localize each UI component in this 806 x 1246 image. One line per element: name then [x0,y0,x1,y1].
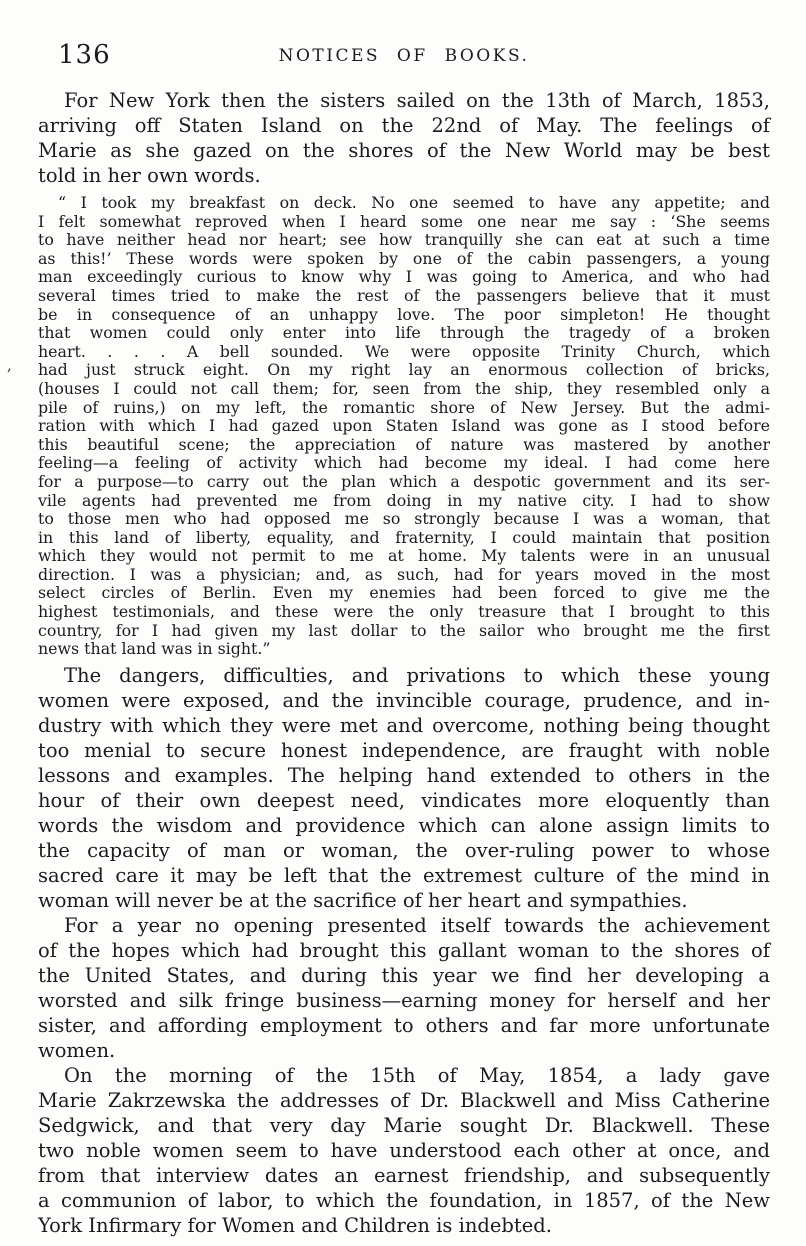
text-line: worsted and silk fringe business—earning… [38,988,770,1013]
text-line: for a purpose—to carry out the plan whic… [38,473,770,492]
paragraph-intro: For New York then the sisters sailed on … [38,88,770,188]
text-line: two noble women seem to have understood … [38,1138,770,1163]
scan-artifact-speck: , [7,356,12,374]
text-line: as this!’ These words were spoken by one… [38,250,770,269]
text-line: words the wisdom and providence which ca… [38,813,770,838]
text-line: I felt somewhat reproved when I heard so… [38,213,770,232]
text-line: highest testimonials, and these were the… [38,603,770,622]
scanned-book-page: 136 NOTICES OF BOOKS. For New York then … [0,0,806,1246]
text-line: woman will never be at the sacrifice of … [38,888,770,913]
text-line: feeling—a feeling of activity which had … [38,454,770,473]
text-line: Sedgwick, and that very day Marie sought… [38,1113,770,1138]
text-line: lessons and examples. The helping hand e… [38,763,770,788]
text-line: man exceedingly curious to know why I wa… [38,268,770,287]
text-line: country, for I had given my last dollar … [38,622,770,641]
paragraph-blackwell: On the morning of the 15th of May, 1854,… [38,1063,770,1238]
text-line: women. [38,1038,770,1063]
text-line: York Infirmary for Women and Children is… [38,1213,770,1238]
text-line: pile of ruins,) on my left, the romantic… [38,399,770,418]
running-header: 136 NOTICES OF BOOKS. [38,40,770,74]
text-line: direction. I was a physician; and, as su… [38,566,770,585]
text-line: “ I took my breakfast on deck. No one se… [38,194,770,213]
text-line: the capacity of man or woman, the over-r… [38,838,770,863]
text-line: The dangers, difficulties, and privation… [38,663,770,688]
text-line: to have neither head nor heart; see how … [38,231,770,250]
text-line: For a year no opening presented itself t… [38,913,770,938]
text-line: women were exposed, and the invincible c… [38,688,770,713]
text-line: in this land of liberty, equality, and f… [38,529,770,548]
text-line: Marie as she gazed on the shores of the … [38,138,770,163]
text-line: hour of their own deepest need, vindicat… [38,788,770,813]
text-line: select circles of Berlin. Even my enemie… [38,584,770,603]
text-line: from that interview dates an earnest fri… [38,1163,770,1188]
text-line: On the morning of the 15th of May, 1854,… [38,1063,770,1088]
text-line: vile agents had prevented me from doing … [38,492,770,511]
text-line: Marie Zakrzewska the addresses of Dr. Bl… [38,1088,770,1113]
text-line: several times tried to make the rest of … [38,287,770,306]
text-line: news that land was in sight.” [38,640,770,659]
text-line: sacred care it may be left that the extr… [38,863,770,888]
text-line: this beautiful scene; the appreciation o… [38,436,770,455]
paragraph-first-year: For a year no opening presented itself t… [38,913,770,1063]
text-line: which they would not permit to me at hom… [38,547,770,566]
block-quote: “ I took my breakfast on deck. No one se… [38,194,770,659]
text-line: arriving off Staten Island on the 22nd o… [38,113,770,138]
text-line: ration with which I had gazed upon State… [38,417,770,436]
paragraph-commentary: The dangers, difficulties, and privation… [38,663,770,913]
text-line: be in consequence of an unhappy love. Th… [38,306,770,325]
text-line: had just struck eight. On my right lay a… [38,361,770,380]
text-line: sister, and affording employment to othe… [38,1013,770,1038]
text-line: to those men who had opposed me so stron… [38,510,770,529]
running-header-title: NOTICES OF BOOKS. [38,46,770,66]
text-line: that women could only enter into life th… [38,324,770,343]
text-line: too menial to secure honest independence… [38,738,770,763]
text-line: heart. . . . A bell sounded. We were opp… [38,343,770,362]
text-line: dustry with which they were met and over… [38,713,770,738]
text-line: of the hopes which had brought this gall… [38,938,770,963]
text-line: (houses I could not call them; for, seen… [38,380,770,399]
text-line: a communion of labor, to which the found… [38,1188,770,1213]
text-line: the United States, and during this year … [38,963,770,988]
text-line: told in her own words. [38,163,770,188]
text-line: For New York then the sisters sailed on … [38,88,770,113]
